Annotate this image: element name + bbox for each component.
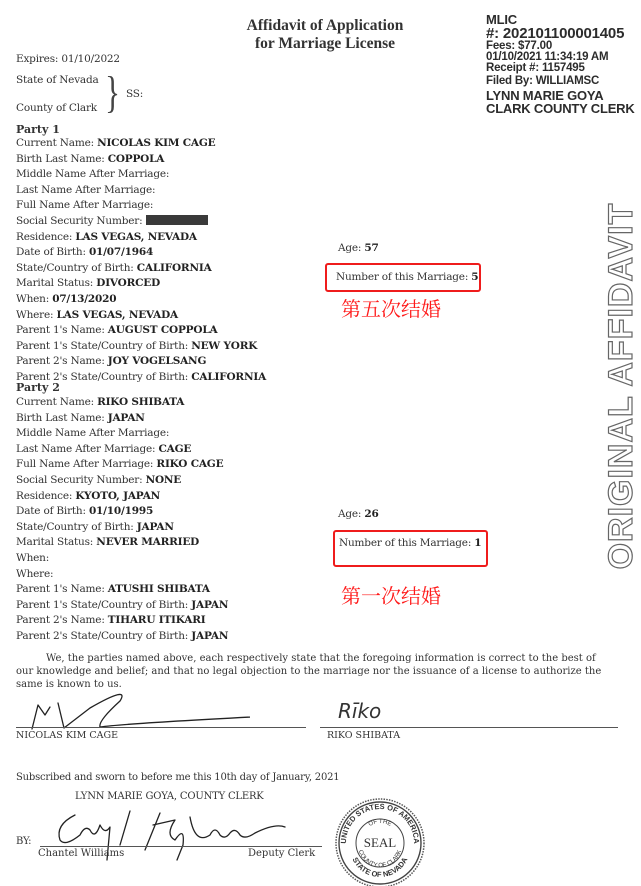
field-value: JAPAN	[137, 521, 174, 533]
seal-center: SEAL	[364, 835, 397, 850]
field-label: Last Name After Marriage:	[16, 184, 155, 196]
field-value: TIHARU ITIKARI	[108, 614, 206, 626]
party2-fields: Current Name: RIKO SHIBATABirth Last Nam…	[16, 395, 228, 645]
field-label: Marital Status:	[16, 536, 96, 548]
deputy-name: Chantel Williams	[38, 848, 124, 859]
field-label: State/Country of Birth:	[16, 262, 137, 274]
expires-date: Expires: 01/10/2022	[16, 52, 120, 68]
field-value: LAS VEGAS, NEVADA	[75, 231, 196, 243]
by-label: BY:	[16, 834, 31, 850]
party2-field-row: Date of Birth: 01/10/1995	[16, 504, 228, 520]
party1-field-row: Parent 1's Name: AUGUST COPPOLA	[16, 323, 266, 339]
field-label: Current Name:	[16, 137, 97, 149]
party1-field-row: Social Security Number:	[16, 214, 266, 230]
party2-field-row: Middle Name After Marriage:	[16, 426, 228, 442]
party1-field-row: Last Name After Marriage:	[16, 183, 266, 199]
party2-signature: Rīko	[338, 699, 381, 723]
field-label: Marital Status:	[16, 277, 96, 289]
party1-heading: Party 1	[16, 123, 60, 137]
field-label: Social Security Number:	[16, 215, 146, 227]
field-value: NICOLAS KIM CAGE	[97, 137, 215, 149]
field-value: CALIFORNIA	[191, 371, 266, 383]
field-value: RIKO CAGE	[156, 458, 223, 470]
field-value: NEW YORK	[191, 340, 257, 352]
original-affidavit-watermark: ORIGINAL AFFIDAVIT	[603, 166, 639, 606]
party1-marriage-number: Number of this Marriage: 5	[336, 270, 478, 286]
field-label: State/Country of Birth:	[16, 521, 137, 533]
field-label: Middle Name After Marriage:	[16, 168, 169, 180]
field-label: Parent 1's State/Country of Birth:	[16, 340, 191, 352]
field-label: Birth Last Name:	[16, 153, 108, 165]
field-value: NONE	[146, 474, 182, 486]
party1-field-row: Residence: LAS VEGAS, NEVADA	[16, 230, 266, 246]
field-label: Current Name:	[16, 396, 97, 408]
party1-field-row: Parent 2's Name: JOY VOGELSANG	[16, 354, 266, 370]
field-value: ATUSHI SHIBATA	[108, 583, 210, 595]
field-label: Parent 2's State/Country of Birth:	[16, 630, 191, 642]
party2-field-row: Birth Last Name: JAPAN	[16, 411, 228, 427]
field-label: Date of Birth:	[16, 505, 89, 517]
party2-field-row: State/Country of Birth: JAPAN	[16, 520, 228, 536]
field-value: NEVER MARRIED	[96, 536, 199, 548]
stamp-number: #: 202101100001405	[486, 26, 635, 41]
party1-field-row: Current Name: NICOLAS KIM CAGE	[16, 136, 266, 152]
field-label: Parent 2's Name:	[16, 614, 108, 626]
stamp-filed-by: Filed By: WILLIAMSC	[486, 76, 635, 87]
deputy-signature-line	[40, 846, 322, 847]
party1-field-row: Parent 1's State/Country of Birth: NEW Y…	[16, 339, 266, 355]
field-value: JAPAN	[108, 412, 145, 424]
party2-marriage-number-value: 1	[474, 537, 481, 549]
party1-fields: Current Name: NICOLAS KIM CAGEBirth Last…	[16, 136, 266, 386]
sworn-date-text: Subscribed and sworn to before me this 1…	[16, 770, 339, 786]
party1-field-row: Middle Name After Marriage:	[16, 167, 266, 183]
party1-field-row: Date of Birth: 01/07/1964	[16, 245, 266, 261]
field-value: JAPAN	[191, 599, 228, 611]
venue-ss: SS:	[126, 87, 143, 103]
party1-field-row: Marital Status: DIVORCED	[16, 276, 266, 292]
field-value: DIVORCED	[96, 277, 160, 289]
document-title: Affidavit of Application for Marriage Li…	[200, 17, 450, 53]
field-label: Residence:	[16, 490, 75, 502]
field-label: Parent 2's Name:	[16, 355, 108, 367]
field-label: Full Name After Marriage:	[16, 458, 156, 470]
title-line-2: for Marriage License	[200, 35, 450, 53]
field-value: CALIFORNIA	[137, 262, 212, 274]
party2-signature-name: RIKO SHIBATA	[327, 730, 400, 741]
party2-field-row: Current Name: RIKO SHIBATA	[16, 395, 228, 411]
party1-field-row: Birth Last Name: COPPOLA	[16, 152, 266, 168]
party1-age-value: 57	[364, 242, 378, 254]
field-label: Parent 1's Name:	[16, 324, 108, 336]
field-value: LAS VEGAS, NEVADA	[56, 309, 177, 321]
field-label: When:	[16, 293, 52, 305]
party2-field-row: Last Name After Marriage: CAGE	[16, 442, 228, 458]
field-label: Social Security Number:	[16, 474, 146, 486]
field-label: Date of Birth:	[16, 246, 89, 258]
party2-field-row: Where:	[16, 567, 228, 583]
field-label: Where:	[16, 568, 53, 580]
field-label: When:	[16, 552, 49, 564]
venue-state: State of Nevada	[16, 73, 99, 89]
field-value: JAPAN	[191, 630, 228, 642]
field-value: AUGUST COPPOLA	[108, 324, 218, 336]
party1-field-row: Where: LAS VEGAS, NEVADA	[16, 308, 266, 324]
redacted-ssn-block	[146, 215, 208, 225]
field-label: Birth Last Name:	[16, 412, 108, 424]
party1-marriage-number-value: 5	[471, 271, 478, 283]
county-clerk-line: LYNN MARIE GOYA, COUNTY CLERK	[75, 789, 264, 805]
party1-signature-line	[16, 727, 306, 728]
party2-age-value: 26	[364, 508, 378, 520]
field-label: Residence:	[16, 231, 75, 243]
party2-marriage-number: Number of this Marriage: 1	[339, 536, 481, 552]
party2-field-row: Full Name After Marriage: RIKO CAGE	[16, 457, 228, 473]
party1-field-row: State/Country of Birth: CALIFORNIA	[16, 261, 266, 277]
party1-age: Age: 57	[338, 241, 379, 257]
party1-field-row: Full Name After Marriage:	[16, 198, 266, 214]
field-label: Full Name After Marriage:	[16, 199, 153, 211]
stamp-receipt: Receipt #: 1157495	[486, 63, 635, 74]
stamp-clerk-title: CLARK COUNTY CLERK	[486, 102, 635, 115]
party2-field-row: Marital Status: NEVER MARRIED	[16, 535, 228, 551]
field-label: Middle Name After Marriage:	[16, 427, 169, 439]
party2-age: Age: 26	[338, 507, 379, 523]
party2-annotation: 第一次结婚	[341, 580, 441, 609]
filing-stamp: MLIC #: 202101100001405 Fees: $77.00 01/…	[486, 13, 635, 115]
field-value: 07/13/2020	[52, 293, 116, 305]
field-value: 01/10/1995	[89, 505, 153, 517]
party2-field-row: Parent 2's State/Country of Birth: JAPAN	[16, 629, 228, 645]
county-seal: UNITED STATES OF AMERICA STATE OF NEVADA…	[332, 797, 428, 886]
sworn-statement: We, the parties named above, each respec…	[16, 652, 606, 691]
venue-brace: }	[105, 71, 120, 115]
field-value: JOY VOGELSANG	[108, 355, 206, 367]
field-label: Parent 1's Name:	[16, 583, 108, 595]
party2-signature-line	[320, 727, 618, 728]
deputy-title: Deputy Clerk	[248, 848, 315, 859]
field-value: 01/07/1964	[89, 246, 153, 258]
party2-field-row: Parent 1's State/Country of Birth: JAPAN	[16, 598, 228, 614]
party1-annotation: 第五次结婚	[341, 293, 441, 322]
field-value: RIKO SHIBATA	[97, 396, 184, 408]
field-label: Last Name After Marriage:	[16, 443, 159, 455]
party1-field-row: When: 07/13/2020	[16, 292, 266, 308]
party2-field-row: Parent 2's Name: TIHARU ITIKARI	[16, 613, 228, 629]
party2-heading: Party 2	[16, 381, 60, 395]
party2-field-row: When:	[16, 551, 228, 567]
field-label: Where:	[16, 309, 56, 321]
field-label: Parent 1's State/Country of Birth:	[16, 599, 191, 611]
field-value: KYOTO, JAPAN	[75, 490, 160, 502]
field-value: CAGE	[159, 443, 192, 455]
party2-field-row: Residence: KYOTO, JAPAN	[16, 489, 228, 505]
party2-field-row: Parent 1's Name: ATUSHI SHIBATA	[16, 582, 228, 598]
venue-county: County of Clark	[16, 101, 97, 117]
field-value: COPPOLA	[108, 153, 165, 165]
party2-field-row: Social Security Number: NONE	[16, 473, 228, 489]
title-line-1: Affidavit of Application	[200, 17, 450, 35]
party1-signature-name: NICOLAS KIM CAGE	[16, 730, 118, 741]
